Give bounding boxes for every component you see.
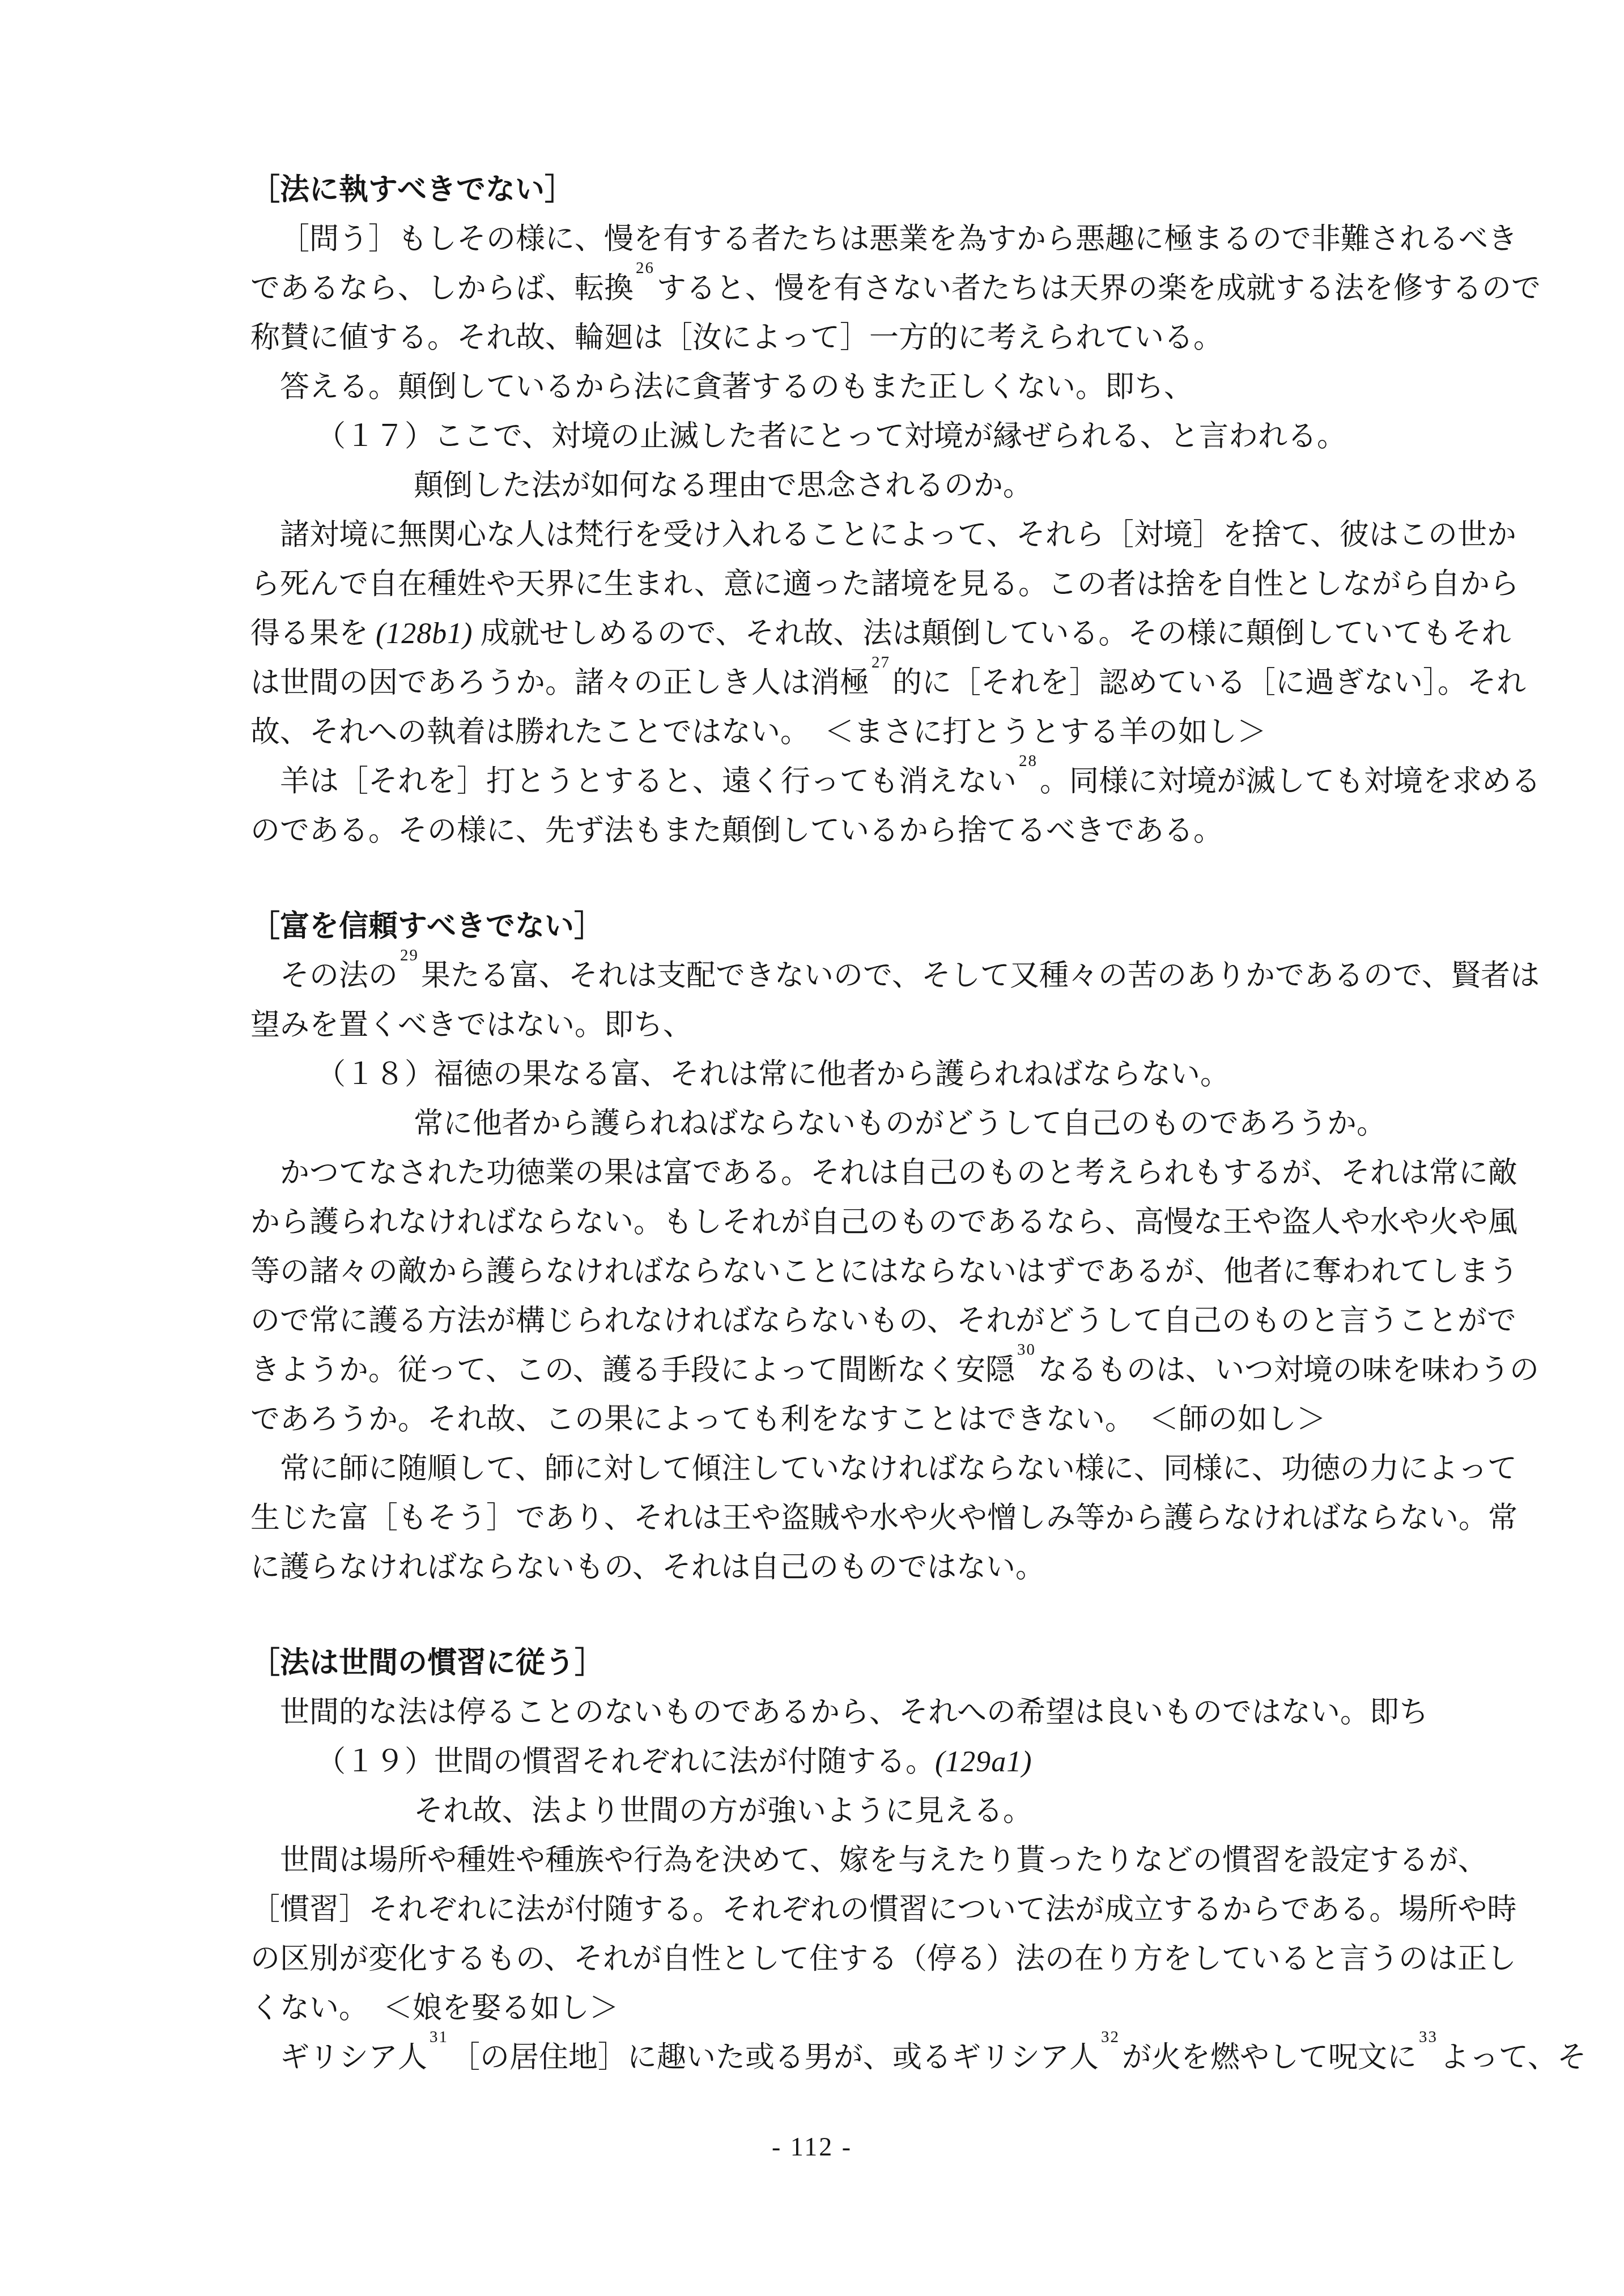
text-line: の区別が変化するもの、それが自性として住する（停る）法の在り方をしていると言うの… <box>250 1934 1514 1984</box>
text-run: 成就せしめるので、それ故、法は顛倒している。その様に顛倒していてもそれ <box>473 618 1511 650</box>
text-run: ［問う］もしその様に、慢を有する者たちは悪業を為すから悪趣に極まるので非難される… <box>280 223 1517 256</box>
footnote-ref: 31 <box>427 2029 450 2046</box>
text-line: 顛倒した法が如何なる理由で思念されるのか。 <box>250 461 1514 511</box>
footnote-ref: 28 <box>1017 753 1040 769</box>
text-run: ら死んで自在種姓や天界に生まれ、意に適った諸境を見る。この者は捨を自性としながら… <box>250 568 1519 601</box>
text-run: ［慣習］それぞれに法が付随する。それぞれの慣習について法が成立するからである。場… <box>250 1894 1516 1926</box>
footnote-ref: 32 <box>1099 2029 1122 2046</box>
text-run: の区別が変化するもの、それが自性として住する（停る）法の在り方をしていると言うの… <box>250 1943 1516 1975</box>
text-line: ［慣習］それぞれに法が付随する。それぞれの慣習について法が成立するからである。場… <box>250 1885 1514 1934</box>
text-line: （１８）福徳の果なる富、それは常に他者から護られねばならない。 <box>250 1050 1514 1099</box>
text-run: （１８）福徳の果なる富、それは常に他者から護られねばならない。 <box>316 1058 1230 1091</box>
text-run: 世間的な法は停ることのないものであるから、それへの希望は良いものではない。即ち <box>280 1697 1429 1729</box>
footnote-ref: 29 <box>398 947 421 964</box>
folio-ref: (129a1) <box>935 1746 1032 1778</box>
text-run: 故、それへの執着は勝れたことではない。 ＜まさに打とうとする羊の如し＞ <box>250 716 1266 749</box>
section-heading: ［法に執すべきでない］ <box>250 165 1514 215</box>
text-line: 答える。顛倒しているから法に貪著するのもまた正しくない。即ち、 <box>250 363 1514 412</box>
text-run: かつてなされた功徳業の果は富である。それは自己のものと考えられもするが、それは常… <box>280 1157 1517 1189</box>
footnote-ref: 33 <box>1417 2029 1440 2046</box>
text-run: 望みを置くべきではない。即ち、 <box>250 1009 692 1041</box>
text-line: （１７）ここで、対境の止滅した者にとって対境が縁ぜられる、と言われる。 <box>250 412 1514 461</box>
text-line: ので常に護る方法が構じられなければならないもの、それがどうして自己のものと言うこ… <box>250 1296 1514 1346</box>
text-run: ギリシア人 <box>280 2042 427 2074</box>
document-body: ［法に執すべきでない］［問う］もしその様に、慢を有する者たちは悪業を為すから悪趣… <box>250 165 1514 2082</box>
text-run: ［の居住地］に趣いた或る男が、或るギリシア人 <box>450 2042 1099 2074</box>
text-run: に護らなければならないもの、それは自己のものではない。 <box>250 1551 1045 1584</box>
text-line: に護らなければならないもの、それは自己のものではない。 <box>250 1543 1514 1592</box>
text-run: 諸対境に無関心な人は梵行を受け入れることによって、それら［対境］を捨て、彼はこの… <box>280 519 1516 551</box>
text-run: くない。 ＜娘を娶る如し＞ <box>250 1992 619 2025</box>
document-section: ［法は世間の慣習に従う］世間的な法は停ることのないものであるから、それへの希望は… <box>250 1639 1514 2082</box>
text-line: 等の諸々の敵から護らなければならないことにはならないはずであるが、他者に奪われて… <box>250 1247 1514 1296</box>
text-line: 世間的な法は停ることのないものであるから、それへの希望は良いものではない。即ち <box>250 1688 1514 1737</box>
text-run: のである。その様に、先ず法もまた顛倒しているから捨てるべきである。 <box>250 815 1223 847</box>
document-section: ［法に執すべきでない］［問う］もしその様に、慢を有する者たちは悪業を為すから悪趣… <box>250 165 1514 856</box>
text-run: 称賛に値する。それ故、輪廻は［汝によって］一方的に考えられている。 <box>250 322 1223 354</box>
text-run: は世間の因であろうか。諸々の正しき人は消極 <box>250 667 869 699</box>
text-run: 羊は［それを］打とうとすると、遠く行っても消えない <box>280 766 1017 798</box>
text-run: なるものは、いつ対境の味を味わうの <box>1038 1354 1539 1387</box>
text-run: 答える。顛倒しているから法に貪著するのもまた正しくない。即ち、 <box>280 371 1193 403</box>
text-run: （１７）ここで、対境の止滅した者にとって対境が縁ぜられる、と言われる。 <box>316 420 1346 453</box>
text-line: 得る果を (128b1) 成就せしめるので、それ故、法は顛倒している。その様に顛… <box>250 609 1514 658</box>
text-run: 。同様に対境が滅しても対境を求める <box>1040 766 1541 798</box>
footnote-ref: 26 <box>634 260 657 277</box>
text-run: 常に他者から護られねばならないものがどうして自己のものであろうか。 <box>414 1108 1386 1140</box>
text-run: すると、慢を有さない者たちは天界の楽を成就する法を修するので <box>657 273 1541 305</box>
text-run: （１９）世間の慣習それぞれに法が付随する。 <box>316 1746 935 1778</box>
text-run: きようか。従って、この、護る手段によって間断なく安隠 <box>250 1354 1015 1387</box>
text-line: （１９）世間の慣習それぞれに法が付随する。(129a1) <box>250 1737 1514 1787</box>
section-heading: ［富を信頼すべきでない］ <box>250 902 1514 951</box>
text-run: 果たる富、それは支配できないので、そして又種々の苦のありかであるので、賢者は <box>421 960 1540 992</box>
text-line: きようか。従って、この、護る手段によって間断なく安隠30なるものは、いつ対境の味… <box>250 1346 1514 1395</box>
text-line: 故、それへの執着は勝れたことではない。 ＜まさに打とうとする羊の如し＞ <box>250 708 1514 757</box>
text-line: 諸対境に無関心な人は梵行を受け入れることによって、それら［対境］を捨て、彼はこの… <box>250 511 1514 560</box>
footnote-ref: 30 <box>1015 1342 1038 1358</box>
text-run: から護られなければならない。もしそれが自己のものであるなら、高慢な王や盗人や水や… <box>250 1206 1517 1239</box>
text-line: かつてなされた功徳業の果は富である。それは自己のものと考えられもするが、それは常… <box>250 1149 1514 1198</box>
text-run: であろうか。それ故、この果によっても利をなすことはできない。 ＜師の如し＞ <box>250 1404 1326 1436</box>
text-line: は世間の因であろうか。諸々の正しき人は消極27的に［それを］認めている［に過ぎな… <box>250 658 1514 708</box>
document-section: ［富を信頼すべきでない］その法の29果たる富、それは支配できないので、そして又種… <box>250 902 1514 1592</box>
text-line: のである。その様に、先ず法もまた顛倒しているから捨てるべきである。 <box>250 806 1514 856</box>
folio-ref: (128b1) <box>376 618 473 650</box>
text-run: その法の <box>280 960 398 992</box>
text-line: であるなら、しからば、転換26すると、慢を有さない者たちは天界の楽を成就する法を… <box>250 264 1514 313</box>
text-run: であるなら、しからば、転換 <box>250 273 634 305</box>
text-line: それ故、法より世間の方が強いように見える。 <box>250 1787 1514 1836</box>
text-run: 等の諸々の敵から護らなければならないことにはならないはずであるが、他者に奪われて… <box>250 1256 1519 1288</box>
text-run: 世間は場所や種姓や種族や行為を決めて、嫁を与えたり貰ったりなどの慣習を設定するが… <box>280 1844 1487 1877</box>
footnote-ref: 27 <box>869 654 892 671</box>
text-line: 常に他者から護られねばならないものがどうして自己のものであろうか。 <box>250 1099 1514 1149</box>
text-line: ［問う］もしその様に、慢を有する者たちは悪業を為すから悪趣に極まるので非難される… <box>250 215 1514 264</box>
text-run: 常に師に随順して、師に対して傾注していなければならない様に、同様に、功徳の力によ… <box>280 1453 1517 1485</box>
text-run: が火を燃やして呪文に <box>1122 2042 1417 2074</box>
text-run: 得る果を <box>250 618 376 650</box>
text-line: ギリシア人31［の居住地］に趣いた或る男が、或るギリシア人32が火を燃やして呪文… <box>250 2033 1514 2082</box>
text-line: くない。 ＜娘を娶る如し＞ <box>250 1984 1514 2033</box>
text-run: 的に［それを］認めている［に過ぎない］。それ <box>892 667 1526 699</box>
text-run: よって、そ <box>1440 2042 1587 2074</box>
text-line: 世間は場所や種姓や種族や行為を決めて、嫁を与えたり貰ったりなどの慣習を設定するが… <box>250 1836 1514 1885</box>
text-run: 生じた富［もそう］であり、それは王や盗賊や水や火や憎しみ等から護らなければならな… <box>250 1502 1517 1534</box>
text-run: ので常に護る方法が構じられなければならないもの、それがどうして自己のものと言うこ… <box>250 1305 1516 1337</box>
text-run: 顛倒した法が如何なる理由で思念されるのか。 <box>414 470 1032 502</box>
section-heading: ［法は世間の慣習に従う］ <box>250 1639 1514 1688</box>
text-line: 生じた富［もそう］であり、それは王や盗賊や水や火や憎しみ等から護らなければならな… <box>250 1494 1514 1543</box>
text-line: から護られなければならない。もしそれが自己のものであるなら、高慢な王や盗人や水や… <box>250 1198 1514 1247</box>
page-number: - 112 - <box>0 2132 1624 2162</box>
text-line: 羊は［それを］打とうとすると、遠く行っても消えない28。同様に対境が滅しても対境… <box>250 757 1514 806</box>
scanned-page: ［法に執すべきでない］［問う］もしその様に、慢を有する者たちは悪業を為すから悪趣… <box>0 0 1624 2296</box>
text-line: 常に師に随順して、師に対して傾注していなければならない様に、同様に、功徳の力によ… <box>250 1444 1514 1494</box>
text-line: 望みを置くべきではない。即ち、 <box>250 1001 1514 1050</box>
text-line: その法の29果たる富、それは支配できないので、そして又種々の苦のありかであるので… <box>250 951 1514 1001</box>
text-line: 称賛に値する。それ故、輪廻は［汝によって］一方的に考えられている。 <box>250 313 1514 363</box>
text-line: ら死んで自在種姓や天界に生まれ、意に適った諸境を見る。この者は捨を自性としながら… <box>250 560 1514 609</box>
text-line: であろうか。それ故、この果によっても利をなすことはできない。 ＜師の如し＞ <box>250 1395 1514 1444</box>
text-run: それ故、法より世間の方が強いように見える。 <box>414 1795 1032 1827</box>
